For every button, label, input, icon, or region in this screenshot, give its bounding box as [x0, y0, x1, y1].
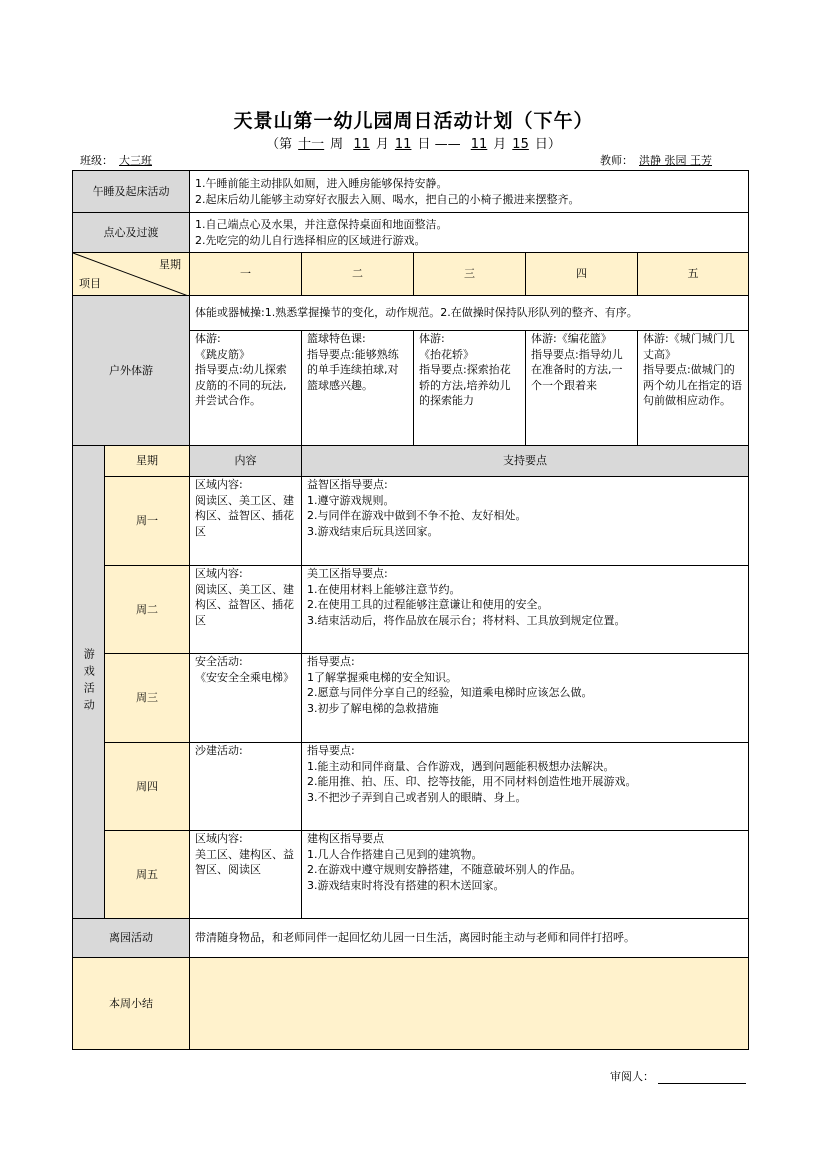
games-day-thu: 周四 — [104, 742, 190, 831]
summary-content[interactable] — [189, 957, 749, 1050]
snack-content: 1.自己端点心及水果，并注意保持桌面和地面整洁。 2.先吃完的幼儿自行选择相应的… — [189, 212, 749, 253]
subtitle-open: （第 — [266, 137, 292, 152]
weekday-mon: 一 — [189, 252, 302, 296]
outdoor-mon: 体游: 《跳皮筋》 指导要点:幼儿探索皮筋的不同的玩法,并尝试合作。 — [189, 330, 302, 446]
outdoor-common: 体能或器械操:1.熟悉掌握操节的变化，动作规范。2.在做操时保持队形队列的整齐、… — [189, 295, 749, 331]
weekday-thu: 四 — [525, 252, 638, 296]
games-day-wed: 周三 — [104, 653, 190, 743]
month-label: 月 — [376, 137, 389, 152]
month-label: 月 — [493, 137, 506, 152]
corner-header: 星期 项目 — [72, 252, 190, 296]
reviewer-label: 审阅人： — [610, 1070, 654, 1083]
corner-item-label: 项目 — [79, 276, 101, 292]
outdoor-thu: 体游:《编花篮》 指导要点:指导幼儿在准备时的方法,一个一个跟着来 — [525, 330, 638, 446]
games-points-thu: 指导要点: 1.能主动和同伴商量、合作游戏，遇到问题能积极想办法解决。 2.能用… — [301, 742, 749, 831]
week-number: 十一 — [292, 137, 330, 152]
games-label-text: 游戏活动 — [81, 648, 97, 716]
weekday-wed: 三 — [413, 252, 526, 296]
weekday-fri: 五 — [637, 252, 749, 296]
outdoor-tue: 篮球特色课: 指导要点:能够熟练的单手连续拍球,对篮球感兴趣。 — [301, 330, 414, 446]
departure-content: 带清随身物品，和老师同伴一起回忆幼儿园一日生活，离园时能主动与老师和同伴打招呼。 — [189, 918, 749, 958]
reviewer-signature: 审阅人： — [610, 1068, 746, 1084]
week-suffix: 周 — [330, 137, 343, 152]
teacher-value: 洪静 张园 王芳 — [633, 154, 726, 167]
games-content-fri: 区域内容: 美工区、建构区、益智区、阅读区 — [189, 830, 302, 919]
nap-label: 午睡及起床活动 — [72, 170, 190, 213]
weekday-tue: 二 — [301, 252, 414, 296]
games-content-tue: 区域内容: 阅读区、美工区、建构区、益智区、插花区 — [189, 565, 302, 654]
games-header-day: 星期 — [104, 445, 190, 477]
teacher-label: 教师： — [600, 154, 633, 167]
games-header-points: 支持要点 — [301, 445, 749, 477]
end-month: 11 — [465, 137, 494, 152]
teacher-info: 教师：洪静 张园 王芳 — [600, 152, 726, 168]
outdoor-label: 户外体游 — [72, 295, 190, 446]
start-day: 11 — [389, 137, 418, 152]
games-content-wed: 安全活动: 《安安全全乘电梯》 — [189, 653, 302, 743]
class-label: 班级： — [80, 154, 113, 167]
subtitle-close: 日） — [535, 137, 561, 152]
outdoor-fri: 体游:《城门城门几丈高》 指导要点:做城门的两个幼儿在指定的语句前做相应动作。 — [637, 330, 749, 446]
start-month: 11 — [347, 137, 376, 152]
games-points-mon: 益智区指导要点: 1.遵守游戏规则。 2.与同伴在游戏中做到不争不抢、友好相处。… — [301, 476, 749, 566]
corner-weekday-label: 星期 — [159, 257, 181, 273]
games-points-tue: 美工区指导要点: 1.在使用材料上能够注意节约。 2.在使用工具的过程能够注意谦… — [301, 565, 749, 654]
nap-content: 1.午睡前能主动排队如厕，进入睡房能够保持安静。 2.起床后幼儿能够主动穿好衣服… — [189, 170, 749, 213]
games-points-wed: 指导要点: 1了解掌握乘电梯的安全知识。 2.愿意与同伴分享自己的经验，知道乘电… — [301, 653, 749, 743]
games-day-mon: 周一 — [104, 476, 190, 566]
page-title: 天景山第一幼儿园周日活动计划（下午） — [0, 106, 827, 133]
reviewer-signature-line[interactable] — [658, 1071, 746, 1084]
date-separator: —— — [435, 137, 461, 152]
games-content-thu: 沙建活动: — [189, 742, 302, 831]
games-points-fri: 建构区指导要点 1.几人合作搭建自己见到的建筑物。 2.在游戏中遵守规则安静搭建… — [301, 830, 749, 919]
games-day-tue: 周二 — [104, 565, 190, 654]
end-day: 15 — [506, 137, 535, 152]
summary-label: 本周小结 — [72, 957, 190, 1050]
snack-label: 点心及过渡 — [72, 212, 190, 253]
games-content-mon: 区域内容: 阅读区、美工区、建构区、益智区、插花区 — [189, 476, 302, 566]
games-day-fri: 周五 — [104, 830, 190, 919]
day-label: 日 — [417, 137, 430, 152]
class-value: 大三班 — [113, 154, 180, 167]
outdoor-wed: 体游: 《抬花轿》 指导要点:探索抬花轿的方法,培养幼儿的探索能力 — [413, 330, 526, 446]
date-range: （第十一周 11月11日 —— 11月15日） — [0, 133, 827, 152]
class-info: 班级：大三班 — [80, 152, 180, 168]
departure-label: 离园活动 — [72, 918, 190, 958]
games-label: 游戏活动 — [72, 445, 105, 919]
games-header-content: 内容 — [189, 445, 302, 477]
